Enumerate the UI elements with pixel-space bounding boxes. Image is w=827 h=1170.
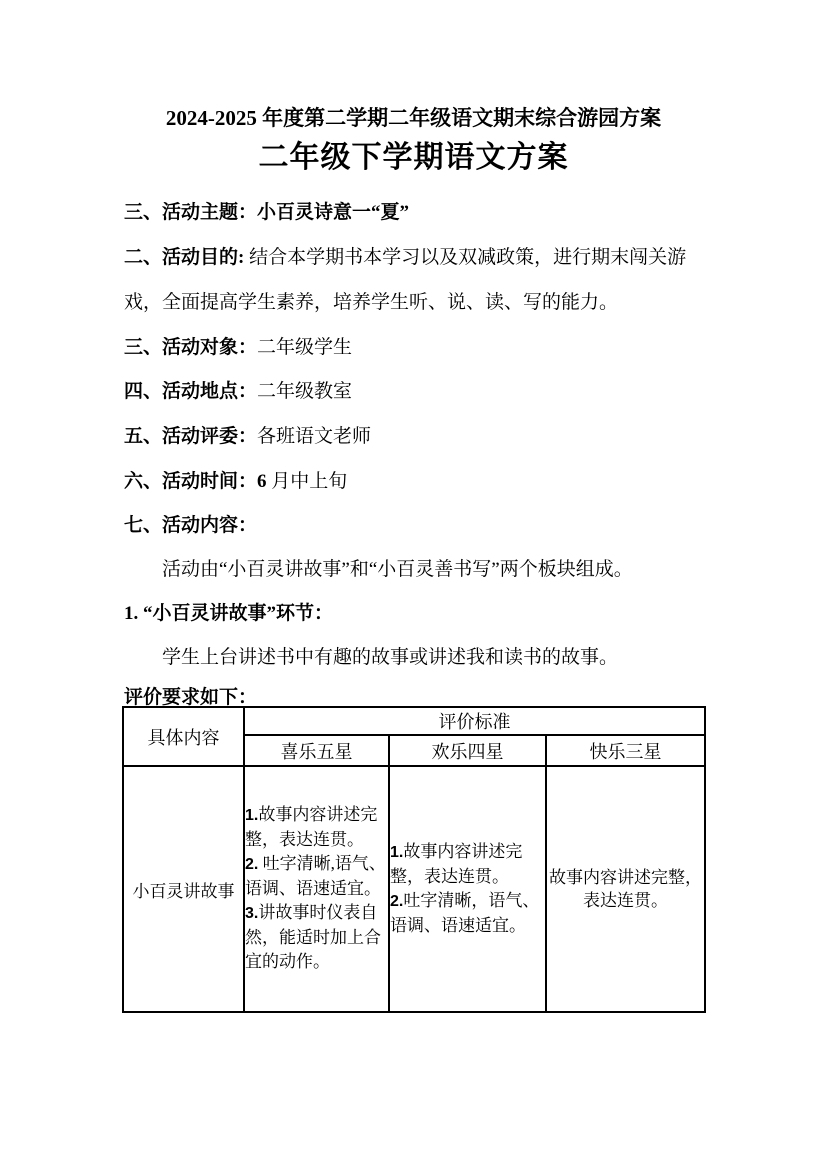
criteria-number: 1.	[390, 844, 403, 861]
criteria-text: 故事内容讲述完	[403, 842, 522, 861]
th-evaluation-standard: 评价标准	[244, 707, 705, 735]
criteria-line: 然，能适时加上合	[245, 926, 388, 951]
criteria-text: 吐字清晰，语气、	[403, 891, 539, 910]
criteria-text: 讲故事时仪表自	[258, 903, 377, 922]
para-label: 七、活动内容：	[124, 515, 257, 536]
para-activity-purpose: 二、活动目的: 结合本学期书本学习以及双减政策，进行期末闯关游 戏，全面提高学生…	[124, 235, 710, 325]
criteria-line: 语调、语速适宜。	[390, 914, 545, 939]
cell-three-star-criteria: 故事内容讲述完整， 表达连贯。	[546, 766, 705, 1012]
para-value: 二年级学生	[257, 337, 352, 358]
cell-five-star-criteria: 1.故事内容讲述完 整，表达连贯。 2. 吐字清晰,语气、 语调、语速适宜。 3…	[244, 766, 389, 1012]
para-label: 五、活动评委：	[124, 426, 257, 447]
th-three-star: 快乐三星	[546, 735, 705, 766]
para-activity-location: 四、活动地点：二年级教室	[124, 369, 710, 414]
doc-subtitle: 二年级下学期语文方案	[0, 136, 827, 180]
th-four-star: 欢乐四星	[389, 735, 546, 766]
criteria-number: 3.	[245, 905, 258, 922]
criteria-text: 整，表达连贯。	[245, 830, 364, 849]
para-label: 评价要求如下：	[124, 687, 257, 708]
criteria-text: 故事内容讲述完	[258, 805, 377, 824]
para-label: 三、活动对象：	[124, 337, 257, 358]
th-specific-content: 具体内容	[123, 707, 244, 766]
para-value: 学生上台讲述书中有趣的故事或讲述我和读书的故事。	[162, 647, 618, 668]
para-value: 活动由“小百灵讲故事”和“小百灵善书写”两个板块组成。	[162, 559, 633, 580]
criteria-number: 2.	[390, 893, 403, 910]
criteria-line: 2. 吐字清晰,语气、	[245, 852, 388, 877]
criteria-line: 1.故事内容讲述完	[245, 803, 388, 828]
para-activity-content: 七、活动内容：	[124, 503, 710, 548]
criteria-text: 语调、语速适宜。	[390, 916, 526, 935]
para-label: 三、活动主题：小百灵诗意一“夏”	[124, 202, 409, 223]
evaluation-table: 具体内容 评价标准 喜乐五星 欢乐四星 快乐三星 小百灵讲故事 1.故事内容讲述…	[122, 706, 706, 1013]
criteria-text: 整，表达连贯。	[390, 867, 509, 886]
para-value: 二年级教室	[257, 381, 352, 402]
criteria-line: 宜的动作。	[245, 950, 388, 975]
criteria-line: 故事内容讲述完整，	[547, 866, 704, 890]
criteria-text: 语调、语速适宜。	[245, 879, 381, 898]
criteria-line: 3.讲故事时仪表自	[245, 901, 388, 926]
para-content-intro: 活动由“小百灵讲故事”和“小百灵善书写”两个板块组成。	[124, 547, 710, 592]
para-label: 四、活动地点：	[124, 381, 257, 402]
cell-activity-name: 小百灵讲故事	[123, 766, 244, 1012]
para-activity-time: 六、活动时间：6 月中上旬	[124, 459, 710, 504]
criteria-number: 1.	[245, 807, 258, 824]
para-section1-heading: 1. “小百灵讲故事”环节：	[124, 591, 710, 636]
para-section1-desc: 学生上台讲述书中有趣的故事或讲述我和读书的故事。	[124, 635, 710, 680]
para-label: 六、活动时间：6	[124, 471, 267, 492]
para-value: 月中上旬	[267, 471, 348, 492]
para-activity-target: 三、活动对象：二年级学生	[124, 325, 710, 370]
criteria-line: 语调、语速适宜。	[245, 877, 388, 902]
criteria-line: 表达连贯。	[547, 889, 704, 913]
para-value: 各班语文老师	[257, 426, 371, 447]
criteria-line: 1.故事内容讲述完	[390, 840, 545, 865]
para-label: 二、活动目的:	[124, 247, 244, 268]
para-activity-judges: 五、活动评委：各班语文老师	[124, 414, 710, 459]
criteria-line: 2.吐字清晰，语气、	[390, 889, 545, 914]
para-label: 1. “小百灵讲故事”环节：	[124, 603, 333, 624]
criteria-line: 整，表达连贯。	[390, 865, 545, 890]
criteria-number: 2.	[245, 856, 258, 873]
criteria-line: 整，表达连贯。	[245, 828, 388, 853]
criteria-text: 吐字清晰,语气、	[258, 854, 386, 873]
doc-title: 2024-2025 年度第二学期二年级语文期末综合游园方案	[0, 103, 827, 133]
th-five-star: 喜乐五星	[244, 735, 389, 766]
para-activity-theme: 三、活动主题：小百灵诗意一“夏”	[124, 190, 710, 235]
criteria-text: 宜的动作。	[245, 952, 330, 971]
document-page: 2024-2025 年度第二学期二年级语文期末综合游园方案 二年级下学期语文方案…	[0, 0, 827, 1170]
cell-four-star-criteria: 1.故事内容讲述完 整，表达连贯。 2.吐字清晰，语气、 语调、语速适宜。	[389, 766, 546, 1012]
criteria-text: 然，能适时加上合	[245, 928, 381, 947]
